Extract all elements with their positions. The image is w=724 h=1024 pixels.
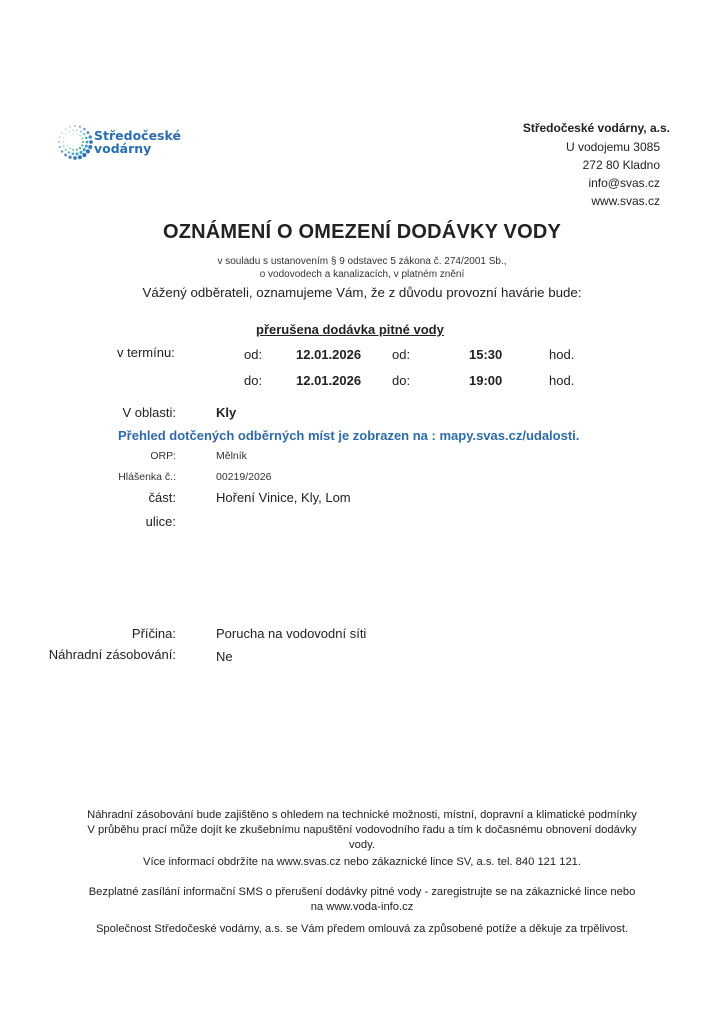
cause-value: Porucha na vodovodní síti: [216, 626, 366, 641]
report-label: Hlášenka č.:: [60, 471, 176, 483]
logo-line2: vodárny: [94, 142, 181, 155]
supply-value: Ne: [216, 649, 233, 664]
company-logo: Středočeské vodárny: [58, 122, 198, 166]
row2-date-label: do:: [244, 373, 262, 388]
row2-time-label: do:: [392, 373, 410, 388]
logo-text: Středočeské vodárny: [94, 129, 181, 155]
area-value: Kly: [216, 405, 236, 420]
company-email[interactable]: info@svas.cz: [470, 174, 670, 192]
area-label: V oblasti:: [80, 405, 176, 420]
company-address: Středočeské vodárny, a.s. U vodojemu 308…: [470, 119, 670, 210]
company-street: U vodojemu 3085: [470, 138, 670, 156]
company-name: Středočeské vodárny, a.s.: [470, 119, 670, 137]
footer-apology: Společnost Středočeské vodárny, a.s. se …: [20, 922, 704, 937]
row2-date: 12.01.2026: [296, 373, 361, 388]
footer-sms: Bezplatné zasílání informační SMS o přer…: [20, 885, 704, 915]
row2-time: 19:00: [469, 373, 502, 388]
row2-unit: hod.: [549, 373, 574, 388]
footer-p1-line2: V průběhu prací může dojít ke zkušebnímu…: [20, 823, 704, 838]
legal-line-1: v souladu s ustanovením § 9 odstavec 5 z…: [0, 255, 724, 268]
footer-p1-line3: vody.: [20, 838, 704, 853]
footer-contact: Více informací obdržíte na www.svas.cz n…: [20, 855, 704, 870]
legal-reference: v souladu s ustanovením § 9 odstavec 5 z…: [0, 255, 724, 281]
term-label: v termínu:: [117, 345, 175, 360]
footer-supply-note: Náhradní zásobování bude zajištěno s ohl…: [20, 808, 704, 853]
cause-label: Příčina:: [20, 626, 176, 641]
company-web[interactable]: www.svas.cz: [470, 192, 670, 210]
greeting: Vážený odběrateli, oznamujeme Vám, že z …: [0, 285, 724, 300]
footer-p3-line2: na www.voda-info.cz: [20, 900, 704, 915]
row1-date: 12.01.2026: [296, 347, 361, 362]
orp-value: Mělník: [216, 450, 247, 462]
part-label: část:: [80, 490, 176, 505]
report-value: 00219/2026: [216, 471, 271, 483]
orp-label: ORP:: [80, 450, 176, 462]
company-city: 272 80 Kladno: [470, 156, 670, 174]
footer-p3-line1: Bezplatné zasílání informační SMS o přer…: [20, 885, 704, 900]
supply-label: Náhradní zásobování:: [20, 647, 176, 662]
street-label: ulice:: [80, 514, 176, 529]
page-title: OZNÁMENÍ O OMEZENÍ DODÁVKY VODY: [0, 221, 724, 244]
footer-p1-line1: Náhradní zásobování bude zajištěno s ohl…: [20, 808, 704, 823]
map-note[interactable]: Přehled dotčených odběrných míst je zobr…: [118, 428, 579, 443]
part-value: Hoření Vinice, Kly, Lom: [216, 490, 351, 505]
interruption-type: přerušena dodávka pitné vody: [256, 322, 444, 337]
row1-date-label: od:: [244, 347, 262, 362]
row1-unit: hod.: [549, 347, 574, 362]
row1-time: 15:30: [469, 347, 502, 362]
row1-time-label: od:: [392, 347, 410, 362]
dotted-circle-logo-icon: [58, 122, 94, 162]
legal-line-2: o vodovodech a kanalizacích, v platném z…: [0, 268, 724, 281]
